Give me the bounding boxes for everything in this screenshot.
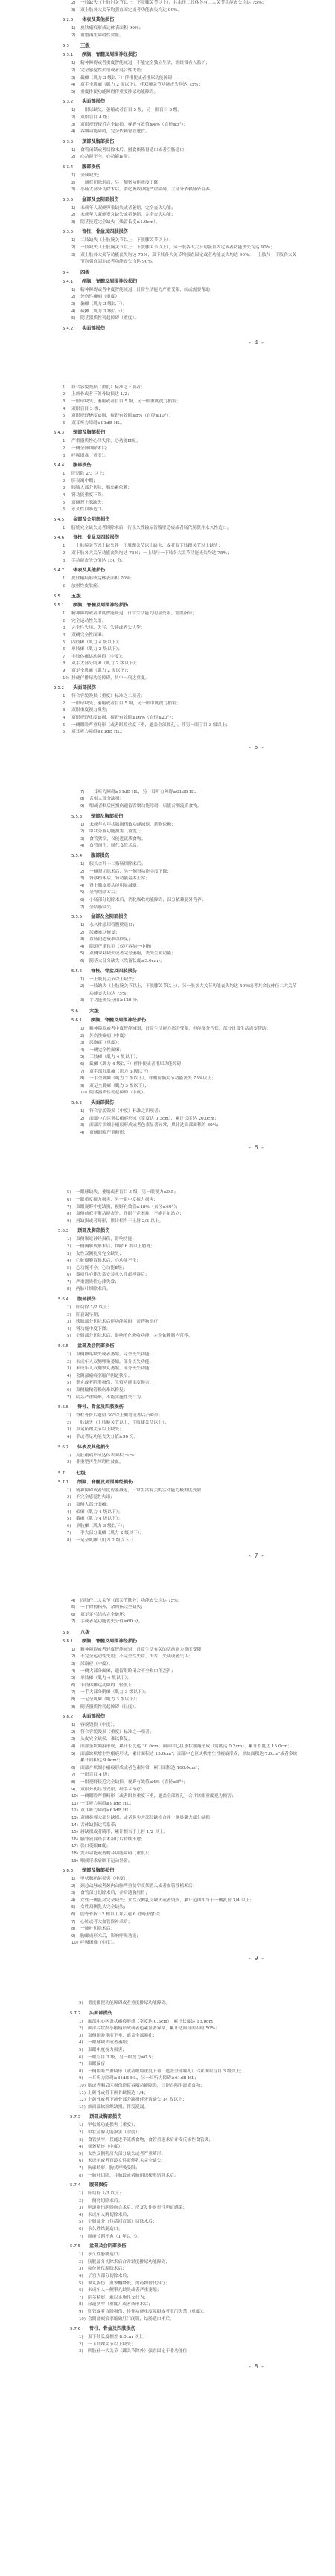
subsection-heading: 5.4.2头面部损伤: [63, 326, 298, 332]
list-item-number: 2): [79, 2342, 83, 2349]
list-item-text: 截瘫（肌力 4 级以下）；: [76, 1516, 298, 1523]
list-item: 5)双眼视野极度缺损，视野有效值≤8%（直径≤10°）；: [63, 413, 298, 420]
list-item-number: 4): [71, 82, 76, 89]
list-item: 1)二肢缺失（上肢腕关节以上，下肢膝关节以上）；: [71, 237, 298, 245]
page-body: 4)四肢任二大关节（踝关节除外）功能丧失均达 75%；5)一手除拇指外，余四指完…: [0, 1598, 335, 1948]
list-item-text: 张口受限Ⅲ度；: [80, 1843, 298, 1851]
list-item-text: 咽成形术后咽下运动异常。: [80, 1858, 298, 1866]
list-item: 2)甲状旁腺功能损害（重度）；: [80, 829, 298, 836]
section-title: 五级: [71, 593, 81, 599]
list-item: 7)阴茎严重畸形，不能实施性交行为。: [67, 1395, 298, 1402]
list-item-number: 2): [80, 829, 85, 836]
list-item: 3)四肢任一大关节（踝关节除外）强直固定于非功能位；: [79, 2348, 298, 2356]
list-item-number: 3): [67, 1319, 71, 1326]
list-item: 7)双手部分肌瘫（肌力 3 级以下）；: [80, 1069, 298, 1076]
list-item-text: 一眼球缺失、萎缩或者盲目 5 级，另一眼视力≤0.5；: [76, 1189, 298, 1197]
list-item: 9)胸廓成形术后，影响呼吸功能；: [71, 1933, 298, 1941]
list-item: 2)尿瘘难以修复；: [80, 930, 298, 937]
list-item: 3)肾移植术后，肾功能基本正常；: [80, 876, 298, 883]
list-item-text: 双侧喉返神经损伤，影响功能；: [76, 1236, 298, 1244]
list-item-number: 8): [71, 1926, 76, 1933]
list-item: 6)双耳听力障碍≥81dB HL；: [63, 729, 298, 736]
list-item-number: 5): [63, 722, 67, 730]
list-item-number: 4): [63, 632, 67, 640]
list-item-text: 小肠部分切除术后，消化吸收功能障碍，部分依赖肠外营养；: [89, 897, 298, 905]
list-item-text: 胸廓畸形，胸式呼吸受限；: [88, 2165, 298, 2173]
list-item-text: 非肢体瘫运动障碍（轻度）；: [80, 1683, 298, 1690]
list-item-text: 子宫大部分切除术后；: [88, 2273, 298, 2281]
list-item: 5)双侧肾上腺缺失；: [63, 500, 298, 507]
section-number: 5.3.3: [63, 139, 82, 145]
list-item-text: 唇缺损或者畸形，累计相当于上唇 1/2 以上；: [80, 1829, 298, 1837]
list-item-number: 8): [79, 2173, 83, 2180]
list-item-number: 5): [67, 1516, 71, 1523]
list-item: 12)上颌骨或者下颌骨部分缺损伴牙齿缺失 14 枚以上；: [79, 2097, 298, 2104]
subsection-heading: 5.4.4腹部损伤: [54, 463, 298, 469]
list-item: 1)一上肢肘关节以上缺失；: [80, 977, 298, 984]
list-item: 1)一眼球缺失、萎缩或者盲目 5 级，另一眼盲目 3 级；: [71, 107, 298, 115]
section-title: 颅脑、脊髓及周围神经损伤: [82, 279, 137, 284]
list-item-number: 19): [71, 1858, 78, 1866]
page-body: 2)一肢缺失（上肢肘关节以上，下肢膝关节以上），其余任二肢体各有二大关节功能丧失…: [0, 0, 335, 332]
list-item: 4)子宫大部分切除术后；: [79, 2273, 298, 2281]
list-item-text: 食管闭锁或者切除术后，摄食依赖胃造口或者空肠造口；: [80, 147, 298, 155]
list-item-number: 2): [71, 180, 76, 187]
list-item: 1)精神障碍或者轻度智能减退，日常生活有关的活动能力重度受限；: [71, 1647, 298, 1654]
list-item-text: 符合容貌毁损（重度）标准之一项者；: [80, 1729, 298, 1737]
list-item: 6)永久性回肠造口。: [63, 507, 298, 514]
list-item: 4)阴道严重狭窄（仅可容纳一中指）；: [80, 944, 298, 951]
list-item-number: 11): [71, 1801, 78, 1808]
list-item-number: 5): [80, 890, 85, 897]
list-item-number: 2): [71, 245, 76, 252]
list-item: 5)一侧眼睑严重畸形（或者眼睑重度下垂，遮盖全部瞳孔），伴另一眼盲目 3 级以上…: [63, 722, 298, 730]
list-item-number: 2): [71, 154, 76, 161]
subsection-heading: 5.5.3颈部及胸部损伤: [71, 814, 298, 820]
list-item-text: 双侧鼻翼大部分缺损，或者鼻尖大部分缺损合并一侧鼻翼大部分缺损；: [80, 1815, 298, 1822]
list-item: 2)非重型再生障碍性贫血。: [67, 1459, 298, 1467]
list-item: 3)呼吸困难（重度）。: [63, 453, 298, 460]
section-number: 5.6.6: [58, 1404, 77, 1410]
list-item-text: 颌面部软组织缺损，伴发涎漏。: [88, 2104, 298, 2112]
list-item-number: 3): [80, 876, 85, 883]
list-item-text: 肝切除 2/3 以上；: [71, 471, 298, 478]
list-item-text: 心功能不全，心功能Ⅱ级；: [76, 1265, 298, 1273]
list-item: 2)面部片状细小瘢痕形成或者色素显著异常，累计达面部面积的 50%；: [79, 2026, 298, 2033]
list-item-number: 6): [80, 1061, 85, 1069]
list-item: 1)一上肢腕关节以上缺失伴一下肢踝关节以上缺失，或者双下肢踝关节以上缺失；: [63, 543, 298, 550]
section-title: 头面部损伤: [89, 2011, 112, 2016]
list-item-text: 心脏或者大血管修补术后；: [80, 1919, 298, 1927]
list-item-number: 5): [63, 413, 67, 420]
list-item-text: 肠瘘长期不愈（1 年以上）。: [88, 2234, 298, 2241]
list-item-text: 一眼盲目 3 级，另一眼视力≤0.5；: [88, 2055, 298, 2062]
list-item-number: 10): [71, 1793, 78, 1801]
section-number: 5.7.6: [70, 2326, 89, 2332]
list-item: 19)咽成形术后咽下运动异常。: [71, 1858, 298, 1866]
list-item-text: 双眼视野极度缺损，视野有效值≤8%（直径≤10°）；: [71, 413, 298, 420]
list-item-number: 4): [71, 1598, 76, 1605]
list-item-number: 4): [80, 883, 85, 890]
list-item-number: 6): [80, 958, 85, 966]
list-item-text: 一眼球缺失、萎缩或者盲目 5 级，另一眼中度视力损害；: [71, 701, 298, 708]
list-item: 1)皮肤瘢痕形成达体表面积 70%；: [63, 576, 298, 583]
list-item-text: 不完全感觉性失语；: [76, 1494, 298, 1502]
list-item-text: 双侧眼睑重度下垂，遮盖全部瞳孔；: [88, 2033, 298, 2040]
list-item-number: 3): [67, 1502, 71, 1509]
list-item-text: 上颌骨或者下颌骨部分缺损伴牙齿缺失 14 枚以上；: [88, 2097, 298, 2104]
list-item-text: 非肢体瘫运动障碍（中度）；: [71, 654, 298, 661]
list-item: 1)面部中心区条状瘢痕形成（宽度达 0.3cm），累计长度达 15.0cm；: [79, 2019, 298, 2026]
subsection-heading: 5.7.1颅脑、脊髓及周围神经损伤: [58, 1480, 298, 1485]
section-heading: 5.6六级: [71, 1008, 298, 1015]
list-item-number: 2): [71, 115, 76, 122]
list-item: 5)重度排便功能障碍伴重度排尿功能障碍。: [71, 89, 298, 97]
list-item-text: 舌根大部分缺损；: [89, 796, 298, 803]
section-number: 5.2.6: [63, 17, 82, 23]
list-item-number: 4): [63, 715, 67, 722]
section-title: 脊柱、骨盆及四肢损伤: [91, 969, 137, 974]
list-item-number: 1): [67, 1305, 71, 1312]
list-item-text: 双足跖跗关节以上缺失；: [76, 1427, 298, 1434]
list-item-number: 7): [79, 2061, 83, 2069]
section-title: 腹部损伤: [82, 164, 100, 170]
list-item-text: 双侧肾上腺缺失；: [71, 500, 298, 507]
list-item-text: 一眼重度视力损害，另一眼中度视力损害；: [76, 1197, 298, 1204]
list-item-text: 全胰缺失；: [80, 173, 298, 180]
list-item: 4)食管损伤，肠代食管术后。: [80, 843, 298, 850]
list-item-number: 2): [71, 33, 76, 40]
list-item: 1)食管闭锁或者切除术后，摄食依赖胃造口或者空肠造口；: [71, 147, 298, 155]
list-item: 1)甲状腺功能损害（重度）；: [79, 2122, 298, 2130]
list-item-text: 一肺叶切除，并肺段或者肺组织楔形切除术后。: [88, 2173, 298, 2180]
list-item-number: 8): [63, 661, 67, 668]
section-title: 四级: [80, 269, 90, 275]
list-item: 7)双眼偏盲；: [79, 2061, 298, 2069]
list-item-text: 阴茎器质性勃起障碍（重度）。: [80, 315, 298, 323]
subsection-heading: 5.4.6脊柱、骨盆及四肢损伤: [54, 535, 298, 541]
list-item: 3)双眼重度视力损害；: [63, 707, 298, 715]
section-title: 颈部及胸部损伤: [77, 1228, 109, 1233]
list-item-number: 3): [79, 2137, 83, 2145]
list-item: 3)手功能丧失分值达 150 分。: [63, 558, 298, 565]
list-item: 4)偏瘫（肌力 4 级以下）；: [67, 1509, 298, 1517]
page-gap: [0, 751, 335, 789]
list-item-number: 1): [71, 1876, 76, 1883]
list-item: 4)一侧大部分面瘫，遗留眼睑闭合不全和口角歪斜；: [71, 1668, 298, 1676]
list-item: 4)四肢任二大关节（踝关节除外）功能丧失均达 75%；: [71, 1598, 298, 1605]
section-title: 腹部损伤: [77, 1297, 96, 1302]
list-item-number: 4): [80, 843, 85, 850]
list-item: 2)一侧全肺切除术后；: [63, 446, 298, 453]
list-item-number: 3): [71, 7, 76, 15]
list-item-text: 甲状旁腺功能损害（中度）；: [88, 2130, 298, 2137]
list-item: 4)双眼盲目 3 级；: [63, 406, 298, 414]
list-item-text: 手或者足功能丧失分值≥90 分。: [76, 1434, 298, 1442]
list-item-number: 1): [80, 861, 85, 869]
list-item-text: 面部条状瘢痕形成，累计长度达 30.0cm；面部中心区条状瘢痕形成（宽度达 0.…: [80, 1744, 298, 1751]
section-title: 体表及其他损伤: [82, 17, 114, 22]
list-item: 1)皮肤瘢痕形成达体表面积 90%；: [71, 25, 298, 33]
list-item-text: 单肢瘫（肌力 2 级以下）；: [71, 646, 298, 654]
subsection-heading: 5.5.6脊柱、骨盆及四肢损伤: [71, 969, 298, 974]
list-item: 3)双上肢各大关节功能丧失均达 75%；双下肢各大关节均强直固定或者功能丧失均达…: [71, 252, 298, 266]
section-title: 盆部及会阴部损伤: [77, 1343, 115, 1349]
list-item-number: 6): [67, 1523, 71, 1531]
list-item-number: 7): [80, 905, 85, 912]
list-item: 5)双侧睾丸缺失或者完全萎缩，丧失生殖功能；: [80, 951, 298, 958]
list-item-number: 1): [67, 1413, 71, 1420]
list-item-number: 1): [71, 1647, 76, 1654]
subsection-heading: 5.8.2头面部损伤: [63, 1714, 298, 1720]
list-item: 5)三肢瘫（肌力 4 级以下）；: [80, 1054, 298, 1061]
list-item-text: 一肢缺失（上肢腕关节以上，下肢膝关节以上）；: [76, 1420, 298, 1427]
list-item: 3)完全性失用、失写、失读或者失认等；: [63, 625, 298, 632]
list-item-number: 3): [80, 937, 85, 944]
subsection-heading: 5.3.5盆部及会阴部损伤: [63, 197, 298, 203]
list-item: 6)肋骨骨折 12 根以上并后遗 6 处畸形愈合；: [71, 1912, 298, 1919]
list-item: 7)非肢体瘫运动障碍（中度）；: [63, 654, 298, 661]
list-item: 3)女性双侧乳房完全缺失；: [67, 1251, 298, 1259]
list-item: 3)食管狭窄，仅能进流质食物；: [80, 836, 298, 844]
list-item-number: 8): [79, 2069, 83, 2076]
list-item: 6)双耳听力障碍≥91dB HL。: [63, 420, 298, 428]
list-item-text: 完全运动性失语；: [71, 618, 298, 626]
list-item-text: 肋骨骨折 12 根以上并后遗 6 处畸形愈合；: [80, 1912, 298, 1919]
list-item-number: 3): [79, 2266, 83, 2273]
list-item-number: 5): [63, 500, 67, 507]
section-number: 5.4.4: [54, 463, 73, 469]
list-item: 6)双足足弓结构完全破坏；: [71, 1612, 298, 1619]
list-item-number: 15): [71, 1829, 78, 1837]
list-item-number: 2): [63, 478, 67, 486]
list-item-text: 胰头合并十二指肠切除术后；: [89, 861, 298, 869]
document-scroll-view[interactable]: 2)一肢缺失（上肢肘关节以上，下肢膝关节以上），其余任二肢体各有二大关节功能丧失…: [0, 0, 335, 2409]
list-item: 1)皮肤瘢痕形成达体表面积 50%；: [67, 1453, 298, 1460]
list-item: 3)偏瘫（肌力 3 级以下）；: [71, 301, 298, 309]
subsection-heading: 5.7.5盆部及会阴部损伤: [70, 2243, 298, 2249]
list-item-text: 一侧肾切除术后，另一侧肾功能中度下降；: [89, 869, 298, 876]
list-item-text: 截瘫（肌力 3 级以下）伴排便或者排尿功能障碍；: [80, 75, 298, 83]
list-item-text: 一侧眼睑严重畸形（或者眼睑重度下垂，遮盖全部瞳孔），伴另一眼盲目 3 级以上；: [71, 722, 298, 730]
list-item-text: 一手全肌瘫（肌力 2 级以下），伴相应腕关节功能丧失 75%以上；: [89, 1076, 298, 1083]
list-item-text: 肝衰竭中期；: [71, 478, 298, 486]
list-item-number: 9): [71, 1933, 76, 1941]
section-title: 颈部及胸部损伤: [73, 430, 105, 435]
list-item-text: 截瘫（肌力 3 级以下）；: [80, 309, 298, 316]
list-item-text: 阴道严重狭窄（仅可容纳一中指）；: [89, 944, 298, 951]
list-item: 1)未成年人甲状腺损伤致功能减退，药物依赖；: [80, 822, 298, 829]
list-item-number: 4): [71, 1898, 76, 1905]
list-item-number: 2): [63, 446, 67, 453]
page-gap: [0, 2370, 335, 2409]
list-item: 2)未成年人双侧卵巢萎缩，部分丧失功能；: [67, 1359, 298, 1366]
list-item: 1)精神障碍或者中度智能减退，日常生活能力部分受限，但能部分代偿，部分日常生活需…: [80, 1026, 298, 1033]
list-item-number: 6): [71, 1683, 76, 1690]
list-item-number: 5): [71, 1751, 76, 1758]
list-item-text: 未成年人一侧睾丸缺失或者严重萎缩；: [88, 2287, 298, 2295]
list-item-number: 6): [79, 2055, 83, 2062]
list-item-number: 5): [79, 2219, 83, 2226]
section-title: 体表及其他损伤: [77, 1445, 109, 1450]
section-title: 六级: [89, 1008, 99, 1014]
list-item-number: 1): [63, 611, 67, 618]
section-number: 5.5.6: [71, 969, 91, 974]
list-item: 10)咽或者咽后区损伤遗留吞咽功能障碍，只能吞咽半流质食物；: [79, 2083, 298, 2090]
list-item-text: 一上肢肘关节以上缺失；: [89, 977, 298, 984]
list-item: 5)一眼球缺失、萎缩或者盲目 5 级，另一眼视力≤0.5；: [67, 1189, 298, 1197]
list-item: 5)女性双侧乳头完全缺失；: [71, 1904, 298, 1912]
list-item-number: 2): [67, 1244, 71, 1251]
list-item-number: 18): [71, 1851, 78, 1858]
list-item: 7)肠瘘长期不愈（1 年以上）。: [79, 2234, 298, 2241]
list-item-text: 双侧前庭平衡功能丧失，睁眼行走困难，不能并足站立；: [76, 1211, 298, 1218]
list-item-number: 7): [71, 1689, 76, 1697]
list-item-text: 一眼球缺失、萎缩或者盲目 5 级，另一眼重度视力损害；: [71, 399, 298, 406]
list-item: 5)睾丸损伤，血睾酮降低，需药物替代治疗；: [79, 2281, 298, 2288]
list-item: 7)心脏或者大血管修补术后；: [71, 1919, 298, 1927]
list-item-number: 7): [79, 2165, 83, 2173]
list-item: 6)一眼盲目 3 级，另一眼视力≤0.5；: [79, 2055, 298, 2062]
list-item-number: 4): [79, 2212, 83, 2220]
list-item-text: 重度排便功能障碍伴重度排尿功能障碍。: [80, 89, 298, 97]
list-item: 1)严重器质性心律失常，心功能Ⅲ级；: [63, 438, 298, 446]
list-item-number: 1): [63, 438, 67, 446]
list-item-number: 1): [67, 1488, 71, 1495]
list-item: 1)全胰缺失；: [71, 173, 298, 180]
list-item-text: 阴茎接近完全缺失（残留长度≤1.0cm）。: [80, 219, 298, 227]
list-item-number: 2): [63, 391, 67, 399]
list-item-number: 7): [79, 2295, 83, 2302]
page-body: 9)重度排便功能障碍或者重度排尿功能障碍。5.7.2头面部损伤1)面部中心区条状…: [0, 2000, 335, 2356]
list-item-text: 阴茎器质性勃起障碍（轻度）。: [80, 1704, 298, 1712]
list-item: 5)全胃切除术后；: [80, 890, 298, 897]
list-item-number: 9): [67, 1218, 71, 1226]
page-number: - 9 -: [0, 1955, 335, 1962]
list-item-text: 双眼盲目 4 级；: [80, 115, 298, 122]
list-item-number: 2): [79, 2130, 83, 2137]
list-item-text: 精神障碍或者中度智能减退，日常生活能力严重受限，间或需要帮助；: [80, 287, 298, 295]
list-item-number: 10): [71, 1940, 78, 1947]
list-item-text: 双侧输精管损伤难以修复；: [76, 1387, 298, 1395]
list-item-text: 全胃切除术后；: [89, 890, 298, 897]
list-item-number: 3): [63, 453, 67, 460]
list-item-text: 一眼球缺失或者萎缩；: [88, 2040, 298, 2047]
list-item-text: 符合容貌毁损（重度）标准之三项者；: [71, 385, 298, 392]
list-item: 2)肝衰竭中期；: [63, 478, 298, 486]
section-number: 5.6.3: [58, 1228, 77, 1234]
list-item-text: 上颌骨或者下颌骨缺损达 1/2；: [71, 391, 298, 399]
list-item: 7)阴茎畸形，难以实施性交行为；: [79, 2295, 298, 2302]
list-item: 1)永久性膀胱造口；: [79, 2252, 298, 2259]
list-item-number: 4): [80, 944, 85, 951]
list-item: 9)肛管或者直肠损伤，排便功能重度障碍或者肛门失禁（重度）；: [79, 2309, 298, 2316]
list-item: 3)胰腺大部分切除，胰岛素依赖；: [63, 485, 298, 492]
section-number: 5.7: [58, 1471, 76, 1477]
list-item: 14)舌体缺损达舌系带；: [71, 1822, 298, 1830]
list-item-number: 9): [80, 1083, 85, 1091]
list-item-text: 一侧眼睑严重畸形（或者眼睑重度下垂，遮盖全部瞳孔）合并该眼盲目 3 级以上；: [88, 2069, 298, 2076]
list-item: 9)双眼外伤性青光眼，经手术治疗；: [71, 1787, 298, 1794]
list-item: 2)一侧肾切除术后；: [79, 2198, 298, 2206]
list-item-number: 1): [80, 1026, 85, 1033]
subsection-heading: 5.2.6体表及其他损伤: [63, 17, 298, 23]
list-item-number: 1): [67, 1453, 71, 1460]
list-item-text: 双下肢各大关节功能丧失均达 75%；一上肢与一下肢各大关节功能丧失均达 75%；: [71, 550, 298, 558]
list-item-number: 10): [79, 2083, 86, 2090]
list-item-text: 一肢缺失（上肢肘关节以上，下肢膝关节以上），其余任二肢体各有二大关节功能丧失均达…: [80, 0, 298, 7]
list-item-text: 双侧完全性面瘫；: [71, 632, 298, 640]
list-item: 3)胆道损伤胆肠吻合术后，反复发作逆行性胆道感染；: [79, 2205, 298, 2212]
list-item: 1)符合容貌毁损（重度）标准之二项者；: [63, 693, 298, 701]
list-item-number: 4): [71, 1668, 76, 1676]
list-item-text: 不完全运动性失语；不完全性失用、失写、失读或者失认；: [80, 1654, 298, 1661]
list-item-text: 一肺叶切除术后；: [80, 1926, 298, 1933]
list-item-number: 9): [63, 668, 67, 675]
section-title: 头面部损伤: [73, 685, 96, 690]
list-item-text: 四肢瘫（肌力 4 级以下）；: [71, 640, 298, 647]
section-title: 颈部及胸部损伤: [91, 814, 123, 819]
list-item-text: 尿崩症（重度）；: [89, 1040, 298, 1047]
list-item-text: 永久性膀胱造口；: [88, 2252, 298, 2259]
subsection-heading: 5.4.3颈部及胸部损伤: [54, 430, 298, 436]
section-number: 5.5.3: [71, 814, 91, 820]
list-item-text: 女性一侧乳房完全缺失；女性双侧乳房缺失或者毁损，累计范围相当于一侧乳房 3/4 …: [80, 1898, 298, 1905]
section-number: 5.8.1: [63, 1639, 82, 1645]
document-page: 9)重度排便功能障碍或者重度排尿功能障碍。5.7.2头面部损伤1)面部中心区条状…: [0, 2000, 335, 2409]
list-item-text: 重度排便功能障碍或者重度排尿功能障碍。: [88, 2000, 298, 2008]
list-item-number: 1): [67, 1352, 71, 1359]
list-item: 5)四肢瘫（肌力 4 级以下）；: [63, 640, 298, 647]
list-item: 3)尿崩症（重度）；: [80, 1040, 298, 1047]
list-item-number: 5): [67, 1333, 71, 1340]
list-item-text: 肝衰竭早期；: [76, 1312, 298, 1320]
list-item: 10)呼吸困难（中度）。: [71, 1940, 298, 1947]
list-item-number: 1): [71, 173, 76, 180]
list-item-number: 2): [71, 1883, 76, 1891]
section-title: 三级: [80, 42, 90, 48]
list-item-number: 5): [79, 2151, 83, 2159]
list-item: 8)尿道狭窄（重度）或者成形术后；: [79, 2302, 298, 2309]
list-item: 4)一眼球缺失或者萎缩；: [79, 2040, 298, 2047]
section-number: 5.4.2: [63, 326, 82, 332]
section-number: 5.8: [63, 1630, 80, 1636]
list-item-number: 2): [80, 1033, 85, 1041]
list-item: 1)精神障碍或者中度智能减退，日常生活能力严重受限，间或需要帮助；: [71, 287, 298, 295]
list-item-text: 发声功能或者构音功能障碍（重度）；: [80, 1851, 298, 1858]
subsection-heading: 5.7.2头面部损伤: [70, 2011, 298, 2017]
list-item: 9)双足全肌瘫（肌力 3 级以下）；: [80, 1083, 298, 1091]
section-number: 5.7.1: [58, 1480, 77, 1485]
section-title: 颈部及胸部损伤: [82, 1868, 114, 1873]
list-item-number: 3): [63, 485, 67, 492]
list-item: 1)肝切除 2/3 以上；: [63, 471, 298, 478]
list-item-text: 双上肢各大关节功能丧失均达 75%；双下肢各大关节均强直固定或者功能丧失均达 9…: [80, 252, 298, 266]
list-item-text: 阴茎严重畸形，不能实施性交行为。: [76, 1395, 298, 1402]
list-item-number: 3): [80, 1040, 85, 1047]
list-item: 3)双眼视野接近完全缺损，视野有效值≤4%（直径≤5°）；: [71, 122, 298, 129]
list-item: 1)符合容貌毁损（重度）标准之三项者；: [63, 385, 298, 392]
list-item-number: 4): [67, 1373, 71, 1381]
list-item: 1)精神障碍或者重度智能减退，不能完全独立生活，需经常有人监护；: [71, 60, 298, 68]
list-item-number: 5): [67, 1189, 71, 1197]
list-item-text: 精神障碍或者中度智能减退，日常生活能力明显受限，需要指导；: [71, 611, 298, 618]
list-item: 8)双手大部分肌瘫（肌力 2 级以下）；: [63, 661, 298, 668]
list-item-number: 5): [71, 1605, 76, 1612]
section-number: 5.6.1: [71, 1018, 91, 1024]
list-item-number: 1): [79, 2122, 83, 2130]
list-item: 7)一眼盲目 4 级；: [71, 1772, 298, 1779]
